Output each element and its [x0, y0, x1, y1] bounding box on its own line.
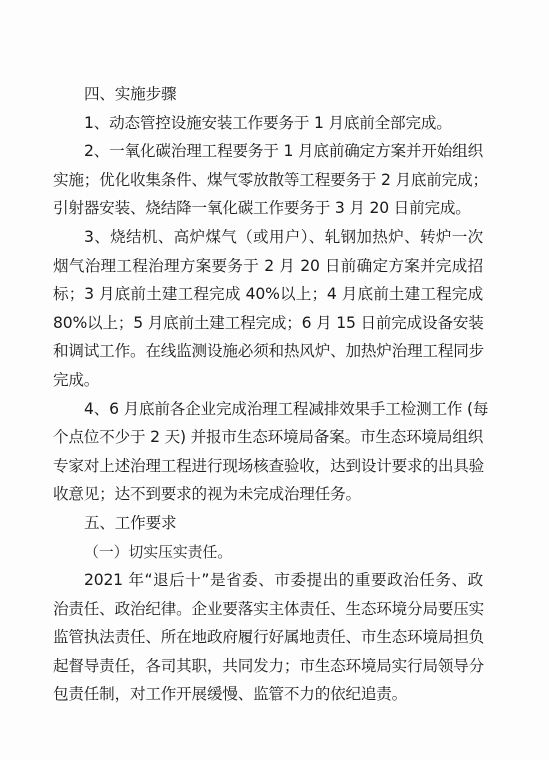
paragraph-line: 3、烧结机、高炉煤气（或用户）、轧钢加热炉、转炉一次 [53, 223, 483, 252]
paragraph-line: 实施；优化收集条件、煤气零放散等工程要务于 2 月底前完成； [53, 166, 483, 195]
section-heading-work-requirements: 五、工作要求 [53, 509, 483, 538]
paragraph-line: 标；3 月底前土建工程完成 40%以上；4 月底前土建工程完成 [53, 280, 483, 309]
paragraph-line: 1、动态管控设施安装工作要务于 1 月底前全部完成。 [53, 109, 483, 138]
paragraph-line: 80%以上；5 月底前土建工程完成；6 月 15 日前完成设备安装 [53, 309, 483, 338]
paragraph-line: 完成。 [53, 366, 483, 395]
subsection-heading: （一）切实压实责任。 [53, 538, 483, 567]
paragraph-line: 4、6 月底前各企业完成治理工程减排效果手工检测工作 (每 [53, 395, 483, 424]
paragraph-line: 2、一氧化碳治理工程要务于 1 月底前确定方案并开始组织 [53, 137, 483, 166]
section-heading-implementation-steps: 四、实施步骤 [53, 80, 483, 109]
page-number: - 4 - [0, 694, 549, 703]
paragraph-line: 和调试工作。在线监测设施必须和热风炉、加热炉治理工程同步 [53, 337, 483, 366]
document-page: 四、实施步骤 1、动态管控设施安装工作要务于 1 月底前全部完成。 2、一氧化碳… [0, 0, 549, 760]
paragraph-line: 2021 年“退后十”是省委、市委提出的重要政治任务、政 [53, 566, 483, 595]
paragraph-line: 个点位不少于 2 天) 并报市生态环境局备案。市生态环境局组织 [53, 423, 483, 452]
paragraph-line: 起督导责任，各司其职，共同发力；市生态环境局实行局领导分 [53, 652, 483, 681]
paragraph-line: 治责任、政治纪律。企业要落实主体责任、生态环境分局要压实 [53, 595, 483, 624]
paragraph-line: 引射器安装、烧结降一氧化碳工作要务于 3 月 20 日前完成。 [53, 194, 483, 223]
paragraph-line: 监管执法责任、所在地政府履行好属地责任、市生态环境局担负 [53, 623, 483, 652]
paragraph-line: 专家对上述治理工程进行现场核查验收，达到设计要求的出具验 [53, 452, 483, 481]
paragraph-line: 烟气治理工程治理方案要务于 2 月 20 日前确定方案并完成招 [53, 252, 483, 281]
paragraph-line: 收意见；达不到要求的视为未完成治理任务。 [53, 480, 483, 509]
document-body: 四、实施步骤 1、动态管控设施安装工作要务于 1 月底前全部完成。 2、一氧化碳… [53, 80, 483, 709]
